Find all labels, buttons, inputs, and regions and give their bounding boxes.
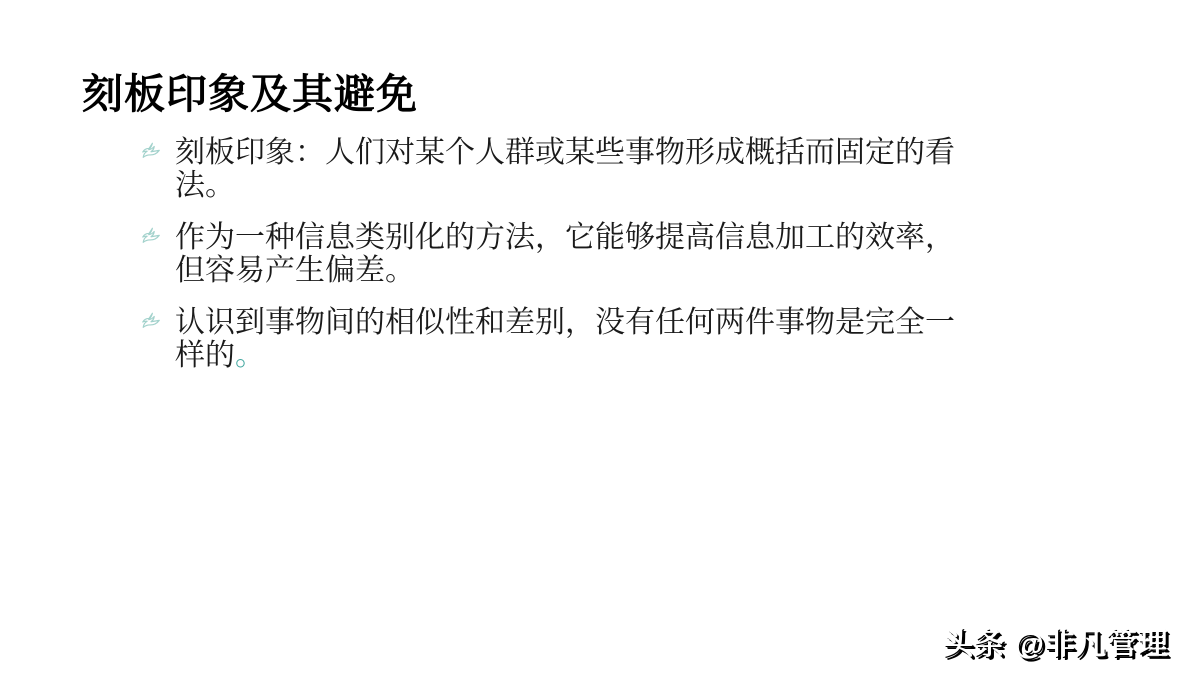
dove-icon <box>140 311 162 333</box>
bullet-text: 作为一种信息类别化的方法，它能够提高信息加工的效率，但容易产生偏差。 <box>175 221 961 287</box>
slide-title: 刻板印象及其避免 <box>82 61 418 120</box>
bullet-item: 作为一种信息类别化的方法，它能够提高信息加工的效率，但容易产生偏差。 <box>140 221 975 287</box>
presentation-slide: 刻板印象及其避免 刻板印象：人们对某个人群或某些事物形成概括而固定的看法。 作为… <box>0 0 1200 675</box>
bullet-item: 认识到事物间的相似性和差别，没有任何两件事物是完全一样的。 <box>140 306 975 372</box>
bullet-text: 认识到事物间的相似性和差别，没有任何两件事物是完全一样的。 <box>175 306 961 372</box>
bullet-list: 刻板印象：人们对某个人群或某些事物形成概括而固定的看法。 作为一种信息类别化的方… <box>140 136 975 391</box>
bullet-item: 刻板印象：人们对某个人群或某些事物形成概括而固定的看法。 <box>140 136 975 202</box>
dove-icon <box>140 141 162 163</box>
bullet-text-accent: 。 <box>235 339 265 372</box>
bullet-text-main: 刻板印象：人们对某个人群或某些事物形成概括而固定的看法。 <box>175 136 955 202</box>
bullet-text-main: 认识到事物间的相似性和差别，没有任何两件事物是完全一样的 <box>175 306 955 372</box>
bullet-text: 刻板印象：人们对某个人群或某些事物形成概括而固定的看法。 <box>175 136 961 202</box>
dove-icon <box>140 226 162 248</box>
bullet-text-main: 作为一种信息类别化的方法，它能够提高信息加工的效率，但容易产生偏差。 <box>175 221 955 287</box>
watermark: 头条 @非凡管理 <box>943 619 1169 663</box>
